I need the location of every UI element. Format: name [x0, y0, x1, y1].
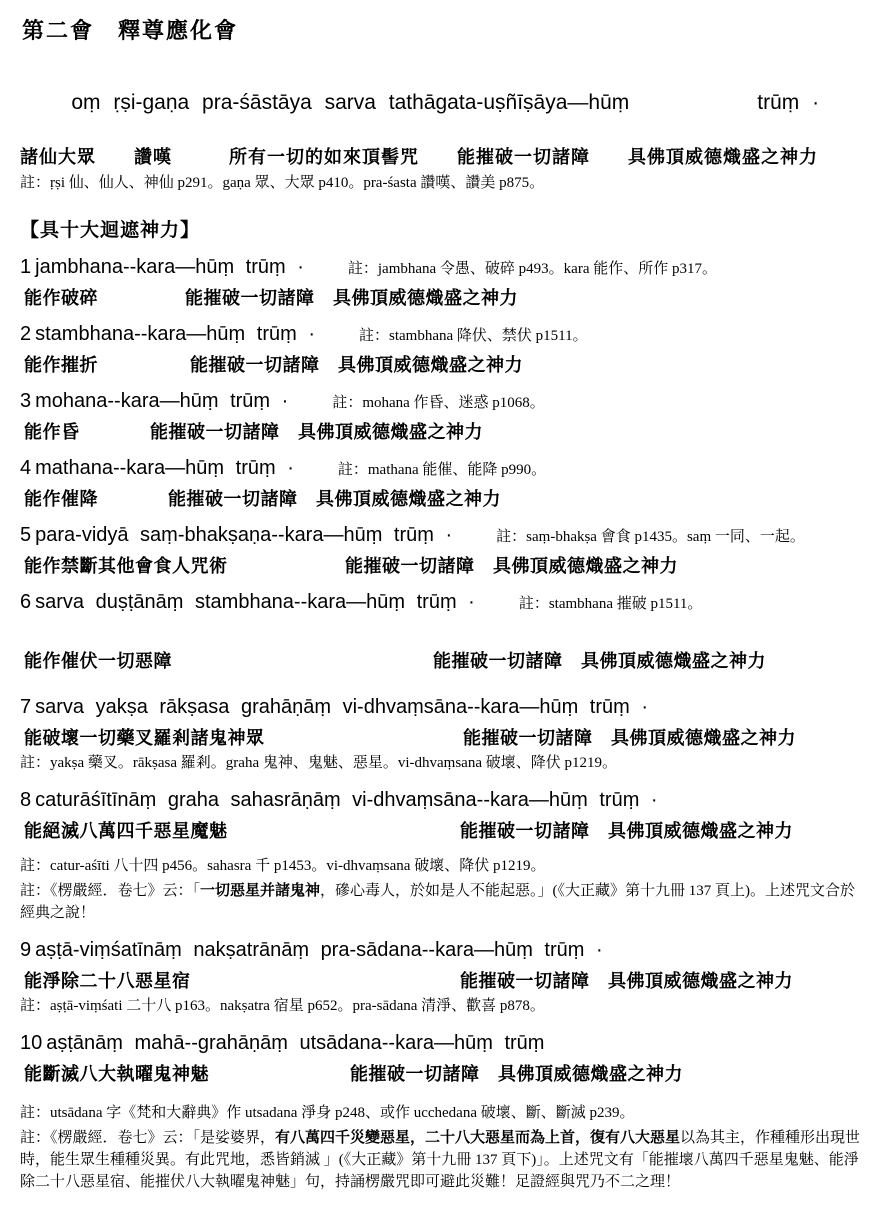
item-note: 註：《楞嚴經．卷七》云：「是娑婆界，有八萬四千災變惡星，二十八大惡星而為上首，復… — [20, 1128, 866, 1193]
item-note: 註：《楞嚴經．卷七》云：「一切惡星并諸鬼神，磣心毒人，於如是人不能起惡。」(《大… — [20, 881, 866, 925]
header-mantra-line: oṃ ṛṣi-gaṇa pra-śāstāya sarva tathāgata-… — [20, 67, 866, 139]
item-sanskrit-line: 10aṣṭānāṃ mahā--grahāṇāṃ utsādana--kara—… — [20, 1030, 866, 1056]
mantra-item-2: 2stambhana--kara—hūṃ trūṃ ·註：stambhana 降… — [20, 321, 866, 376]
item-note: 註：catur-aśīti 八十四 p456。sahasra 千 p1453。v… — [20, 856, 866, 878]
item-sanskrit-line: 5para-vidyā saṃ-bhakṣaṇa--kara—hūṃ trūṃ … — [20, 522, 866, 548]
mantra-item-8: 8caturāśītīnāṃ graha sahasrāṇāṃ vi-dhvaṃ… — [20, 787, 866, 925]
note-segment: 註：catur-aśīti 八十四 p456。sahasra 千 p1453。v… — [20, 858, 545, 874]
item-gloss-left: 能作催伏一切惡障 — [24, 647, 172, 673]
item-sanskrit-line: 4mathana--kara—hūṃ trūṃ ·註：mathana 能催、能降… — [20, 455, 866, 481]
mantra-item-5: 5para-vidyā saṃ-bhakṣaṇa--kara—hūṃ trūṃ … — [20, 522, 866, 577]
item-gloss-left: 能作催降 — [24, 485, 98, 511]
item-number: 8 — [20, 789, 31, 811]
header-mantra-tail: trūṃ · — [757, 91, 819, 114]
item-number: 5 — [20, 524, 31, 546]
item-gloss-right: 能摧破一切諸障 具佛頂威德熾盛之神力 — [463, 724, 796, 750]
item-gloss-left: 能作摧折 — [24, 351, 98, 377]
item-gloss-left: 能破壞一切藥叉羅剎諸鬼神眾 — [24, 724, 265, 750]
mantra-item-9: 9aṣṭā-viṃśatīnāṃ nakṣatrānāṃ pra-sādana-… — [20, 937, 866, 1018]
document-page: 第二會 釋尊應化會 oṃ ṛṣi-gaṇa pra-śāstāya sarva … — [0, 0, 884, 1222]
note-segment: 註：aṣṭā-viṃśati 二十八 p163。nakṣatra 宿星 p652… — [20, 998, 545, 1014]
page-title: 第二會 釋尊應化會 — [22, 14, 866, 45]
item-gloss-left: 能作昏 — [24, 418, 80, 444]
header-note: 註：ṛṣi 仙、仙人、神仙 p291。gaṇa 眾、大眾 p410。pra-śa… — [20, 173, 866, 195]
item-sanskrit-line: 8caturāśītīnāṃ graha sahasrāṇāṃ vi-dhvaṃ… — [20, 787, 866, 813]
item-gloss-line: 能作破碎能摧破一切諸障 具佛頂威德熾盛之神力 — [20, 284, 866, 309]
item-sanskrit-line: 3mohana--kara—hūṃ trūṃ ·註：mohana 作昏、迷惑 p… — [20, 388, 866, 414]
note-bold-segment: 有八萬四千災變惡星，二十八大惡星而為上首，復有八大惡星 — [275, 1130, 680, 1146]
item-sanskrit: mohana--kara—hūṃ trūṃ · — [35, 390, 288, 412]
mantra-item-4: 4mathana--kara—hūṃ trūṃ ·註：mathana 能催、能降… — [20, 455, 866, 510]
item-sanskrit: aṣṭā-viṃśatīnāṃ nakṣatrānāṃ pra-sādana--… — [35, 939, 603, 961]
item-gloss-right: 能摧破一切諸障 具佛頂威德熾盛之神力 — [185, 284, 518, 310]
header-mantra-sanskrit: oṃ ṛṣi-gaṇa pra-śāstāya sarva tathāgata-… — [71, 91, 629, 114]
item-gloss-right: 能摧破一切諸障 具佛頂威德熾盛之神力 — [350, 1060, 683, 1086]
item-number: 10 — [20, 1032, 42, 1054]
item-number: 6 — [20, 591, 31, 613]
item-number: 2 — [20, 323, 31, 345]
item-gloss-right: 能摧破一切諸障 具佛頂威德熾盛之神力 — [168, 485, 501, 511]
item-gloss-line: 能斷滅八大執曜鬼神魅能摧破一切諸障 具佛頂威德熾盛之神力 — [20, 1060, 866, 1085]
item-gloss-right: 能摧破一切諸障 具佛頂威德熾盛之神力 — [345, 552, 678, 578]
item-inline-note: 註：mohana 作昏、迷惑 p1068。 — [332, 395, 544, 411]
mantra-item-10: 10aṣṭānāṃ mahā--grahāṇāṃ utsādana--kara—… — [20, 1030, 866, 1194]
item-gloss-left: 能作禁斷其他會食人咒術 — [24, 552, 228, 578]
item-gloss-left: 能斷滅八大執曜鬼神魅 — [24, 1060, 209, 1086]
item-sanskrit: jambhana--kara—hūṃ trūṃ · — [35, 256, 304, 278]
item-sanskrit-line: 2stambhana--kara—hūṃ trūṃ ·註：stambhana 降… — [20, 321, 866, 347]
item-gloss-line: 能破壞一切藥叉羅剎諸鬼神眾能摧破一切諸障 具佛頂威德熾盛之神力 — [20, 724, 866, 749]
item-gloss-right: 能摧破一切諸障 具佛頂威德熾盛之神力 — [190, 351, 523, 377]
item-number: 7 — [20, 696, 31, 718]
items-list: 1jambhana--kara—hūṃ trūṃ ·註：jambhana 令愚、… — [20, 254, 866, 1194]
item-sanskrit: para-vidyā saṃ-bhakṣaṇa--kara—hūṃ trūṃ · — [35, 524, 452, 546]
item-sanskrit: sarva yakṣa rākṣasa grahāṇāṃ vi-dhvaṃsān… — [35, 696, 648, 718]
item-gloss-line: 能作摧折能摧破一切諸障 具佛頂威德熾盛之神力 — [20, 351, 866, 376]
item-gloss-line: 能作催降能摧破一切諸障 具佛頂威德熾盛之神力 — [20, 485, 866, 510]
item-number: 9 — [20, 939, 31, 961]
item-gloss-line: 能絕滅八萬四千惡星魔魅能摧破一切諸障 具佛頂威德熾盛之神力 — [20, 817, 866, 842]
item-inline-note: 註：jambhana 令愚、破碎 p493。kara 能作、所作 p317。 — [348, 261, 717, 277]
item-gloss-right: 能摧破一切諸障 具佛頂威德熾盛之神力 — [460, 967, 793, 993]
header-gloss: 諸仙大眾 讚嘆 所有一切的如來頂髻咒 能摧破一切諸障 具佛頂威德熾盛之神力 — [20, 143, 866, 169]
note-segment: 註：yakṣa 藥叉。rākṣasa 羅剎。graha 鬼神、鬼魅、惡星。vi-… — [20, 755, 617, 771]
item-inline-note: 註：mathana 能催、能降 p990。 — [338, 462, 546, 478]
item-sanskrit-line: 1jambhana--kara—hūṃ trūṃ ·註：jambhana 令愚、… — [20, 254, 866, 280]
item-sanskrit: stambhana--kara—hūṃ trūṃ · — [35, 323, 315, 345]
item-note: 註：yakṣa 藥叉。rākṣasa 羅剎。graha 鬼神、鬼魅、惡星。vi-… — [20, 753, 866, 775]
item-sanskrit-line: 9aṣṭā-viṃśatīnāṃ nakṣatrānāṃ pra-sādana-… — [20, 937, 866, 963]
item-gloss-right: 能摧破一切諸障 具佛頂威德熾盛之神力 — [433, 647, 766, 673]
item-number: 3 — [20, 390, 31, 412]
item-inline-note: 註：stambhana 降伏、禁伏 p1511。 — [359, 328, 588, 344]
item-sanskrit: mathana--kara—hūṃ trūṃ · — [35, 457, 294, 479]
mantra-item-7: 7sarva yakṣa rākṣasa grahāṇāṃ vi-dhvaṃsā… — [20, 694, 866, 775]
item-number: 1 — [20, 256, 31, 278]
note-segment: 註：《楞嚴經．卷七》云：「是娑婆界， — [20, 1130, 275, 1146]
mantra-item-1: 1jambhana--kara—hūṃ trūṃ ·註：jambhana 令愚、… — [20, 254, 866, 309]
item-gloss-left: 能淨除二十八惡星宿 — [24, 967, 191, 993]
item-gloss-line: 能作催伏一切惡障能摧破一切諸障 具佛頂威德熾盛之神力 — [20, 647, 866, 672]
item-note: 註：aṣṭā-viṃśati 二十八 p163。nakṣatra 宿星 p652… — [20, 996, 866, 1018]
item-sanskrit: sarva duṣṭānāṃ stambhana--kara—hūṃ trūṃ … — [35, 591, 475, 613]
item-sanskrit-line: 6sarva duṣṭānāṃ stambhana--kara—hūṃ trūṃ… — [20, 589, 866, 615]
item-number: 4 — [20, 457, 31, 479]
item-sanskrit-line: 7sarva yakṣa rākṣasa grahāṇāṃ vi-dhvaṃsā… — [20, 694, 866, 720]
item-inline-note: 註：saṃ-bhakṣa 會食 p1435。saṃ 一同、一起。 — [496, 529, 805, 545]
note-segment: 註：utsādana 字《梵和大辭典》作 utsadana 淨身 p248、或作… — [20, 1105, 635, 1121]
item-gloss-right: 能摧破一切諸障 具佛頂威德熾盛之神力 — [150, 418, 483, 444]
item-gloss-right: 能摧破一切諸障 具佛頂威德熾盛之神力 — [460, 817, 793, 843]
note-segment: 註：《楞嚴經．卷七》云：「 — [20, 883, 200, 899]
item-gloss-line: 能作昏能摧破一切諸障 具佛頂威德熾盛之神力 — [20, 418, 866, 443]
item-note: 註：utsādana 字《梵和大辭典》作 utsadana 淨身 p248、或作… — [20, 1103, 866, 1125]
item-gloss-line: 能淨除二十八惡星宿能摧破一切諸障 具佛頂威德熾盛之神力 — [20, 967, 866, 992]
item-gloss-left: 能絕滅八萬四千惡星魔魅 — [24, 817, 228, 843]
mantra-item-6: 6sarva duṣṭānāṃ stambhana--kara—hūṃ trūṃ… — [20, 589, 866, 672]
mantra-item-3: 3mohana--kara—hūṃ trūṃ ·註：mohana 作昏、迷惑 p… — [20, 388, 866, 443]
item-sanskrit: aṣṭānāṃ mahā--grahāṇāṃ utsādana--kara—hū… — [46, 1032, 544, 1054]
item-sanskrit: caturāśītīnāṃ graha sahasrāṇāṃ vi-dhvaṃs… — [35, 789, 657, 811]
item-gloss-line: 能作禁斷其他會食人咒術能摧破一切諸障 具佛頂威德熾盛之神力 — [20, 552, 866, 577]
item-inline-note: 註：stambhana 摧破 p1511。 — [519, 596, 703, 612]
item-gloss-left: 能作破碎 — [24, 284, 98, 310]
note-bold-segment: 一切惡星并諸鬼神 — [200, 883, 320, 899]
section-heading: 【具十大迴遮神力】 — [20, 215, 866, 242]
